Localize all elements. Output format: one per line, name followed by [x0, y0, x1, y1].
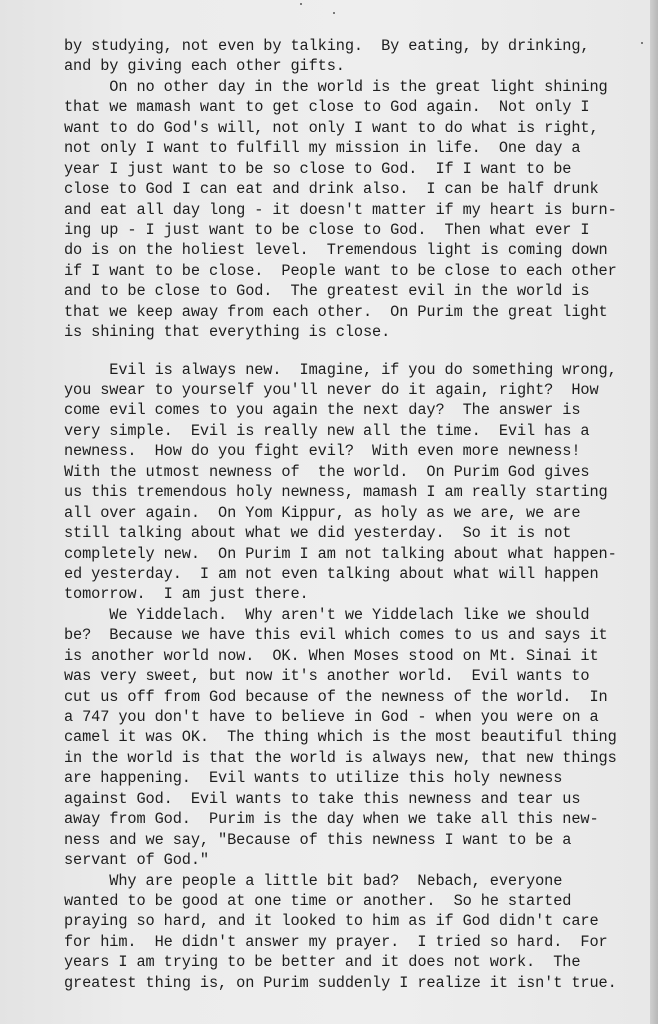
text-line: close to God I can eat and drink also. I… — [64, 179, 658, 199]
scanned-page: by studying, not even by talking. By eat… — [0, 0, 650, 1024]
paragraph-p4: We Yiddelach. Why aren't we Yiddelach li… — [64, 605, 658, 871]
text-line: and to be close to God. The greatest evi… — [64, 281, 658, 301]
text-line: that we mamash want to get close to God … — [64, 97, 658, 117]
text-line: want to do God's will, not only I want t… — [64, 118, 658, 138]
text-line: are happening. Evil wants to utilize thi… — [64, 768, 658, 788]
text-line: still talking about what we did yesterda… — [64, 523, 658, 543]
text-line: all over again. On Yom Kippur, as holy a… — [64, 503, 658, 523]
text-line: wanted to be good at one time or another… — [64, 891, 658, 911]
text-line: a 747 you don't have to believe in God -… — [64, 707, 658, 727]
paragraph-p1: by studying, not even by talking. By eat… — [64, 36, 658, 77]
text-line: you swear to yourself you'll never do it… — [64, 380, 658, 400]
text-line: ing up - I just want to be close to God.… — [64, 220, 658, 240]
text-line: tomorrow. I am just there. — [64, 584, 658, 604]
text-line: us this tremendous holy newness, mamash … — [64, 482, 658, 502]
text-line: very simple. Evil is really new all the … — [64, 421, 658, 441]
text-line: and by giving each other gifts. — [64, 56, 658, 76]
text-line: praying so hard, and it looked to him as… — [64, 911, 658, 931]
paragraph-p3: Evil is always new. Imagine, if you do s… — [64, 360, 658, 605]
text-line: be? Because we have this evil which come… — [64, 625, 658, 645]
text-line: year I just want to be so close to God. … — [64, 159, 658, 179]
page-edge-shadow — [650, 0, 658, 1024]
text-line: do is on the holiest level. Tremendous l… — [64, 240, 658, 260]
text-line: that we keep away from each other. On Pu… — [64, 302, 658, 322]
text-line: and eat all day long - it doesn't matter… — [64, 200, 658, 220]
text-line: ness and we say, "Because of this newnes… — [64, 830, 658, 850]
text-line: years I am trying to be better and it do… — [64, 952, 658, 972]
text-line: servant of God." — [64, 850, 658, 870]
paragraph-p5: Why are people a little bit bad? Nebach,… — [64, 871, 658, 994]
text-line: is shining that everything is close. — [64, 322, 658, 342]
text-line: come evil comes to you again the next da… — [64, 400, 658, 420]
text-line: completely new. On Purim I am not talkin… — [64, 544, 658, 564]
text-line: Why are people a little bit bad? Nebach,… — [64, 871, 658, 891]
text-line: not only I want to fulfill my mission in… — [64, 138, 658, 158]
text-line: ed yesterday. I am not even talking abou… — [64, 564, 658, 584]
paper-speck — [300, 3, 302, 5]
document-body: by studying, not even by talking. By eat… — [64, 36, 658, 993]
text-line: if I want to be close. People want to be… — [64, 261, 658, 281]
text-line: away from God. Purim is the day when we … — [64, 809, 658, 829]
text-line: Evil is always new. Imagine, if you do s… — [64, 360, 658, 380]
text-line: camel it was OK. The thing which is the … — [64, 727, 658, 747]
text-line: for him. He didn't answer my prayer. I t… — [64, 932, 658, 952]
text-line: greatest thing is, on Purim suddenly I r… — [64, 973, 658, 993]
text-line: We Yiddelach. Why aren't we Yiddelach li… — [64, 605, 658, 625]
text-line: On no other day in the world is the grea… — [64, 77, 658, 97]
text-line: cut us off from God because of the newne… — [64, 687, 658, 707]
paragraph-p2: On no other day in the world is the grea… — [64, 77, 658, 343]
text-line: by studying, not even by talking. By eat… — [64, 36, 658, 56]
paragraph-gap — [64, 343, 658, 360]
text-line: With the utmost newness of the world. On… — [64, 462, 658, 482]
text-line: newness. How do you fight evil? With eve… — [64, 441, 658, 461]
paper-speck — [333, 12, 335, 14]
text-line: in the world is that the world is always… — [64, 748, 658, 768]
text-line: against God. Evil wants to take this new… — [64, 789, 658, 809]
text-line: was very sweet, but now it's another wor… — [64, 666, 658, 686]
text-line: is another world now. OK. When Moses sto… — [64, 646, 658, 666]
